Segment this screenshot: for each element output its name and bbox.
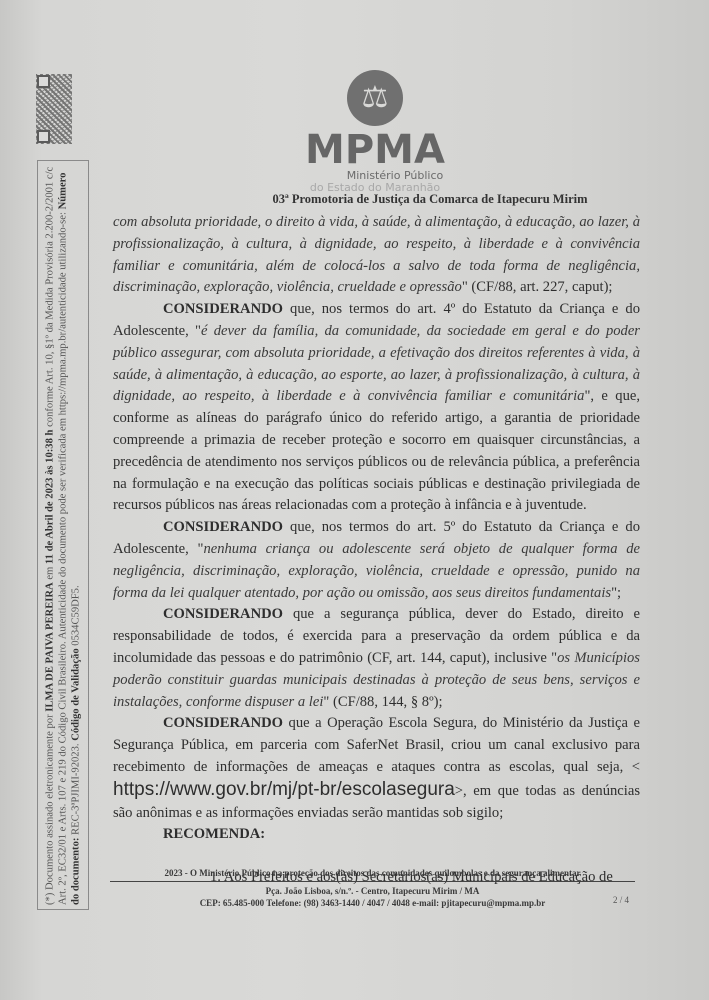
signature-box: (*) Documento assinado eletronicamente p… <box>37 160 89 910</box>
text: ", e que, conforme as alíneas do parágra… <box>113 388 640 513</box>
office-title: 03ª Promotoria de Justiça da Comarca de … <box>200 192 660 207</box>
signature-note: (*) Documento assinado eletronicamente p… <box>44 165 83 905</box>
document-body: com absoluta prioridade, o direito à vid… <box>113 212 640 889</box>
footer-contact: CEP: 65.485-000 Telefone: (98) 3463-1440… <box>110 897 635 909</box>
paragraph-1: com absoluta prioridade, o direito à vid… <box>113 212 640 299</box>
paragraph-3: CONSIDERANDO que, nos termos do art. 5º … <box>113 517 640 604</box>
considerando-label: CONSIDERANDO <box>163 715 283 731</box>
validation-label: Código de Validação <box>71 648 82 740</box>
validation-code: 0534C59DF5. <box>71 585 82 648</box>
footer-divider <box>110 881 635 882</box>
signature-mid: em <box>45 564 56 582</box>
recomenda-heading: RECOMENDA: <box>113 824 640 846</box>
footer-address: Pça. João Lisboa, s/n.º. - Centro, Itape… <box>110 885 635 897</box>
escola-segura-link[interactable]: https://www.gov.br/mj/pt-br/escolasegura <box>113 779 455 800</box>
considerando-label: CONSIDERANDO <box>163 519 283 535</box>
paragraph-4: CONSIDERANDO que a segurança pública, de… <box>113 604 640 713</box>
considerando-label: CONSIDERANDO <box>163 301 283 317</box>
signer-name: ILMA DE PAIVA PEREIRA <box>45 582 56 711</box>
mpma-logo: ⚖ MPMA Ministério Público do Estado do M… <box>305 70 445 194</box>
authenticity-note: Autenticidade do documento pode ser veri… <box>58 209 69 641</box>
scales-of-justice-icon: ⚖ <box>347 70 403 126</box>
page-number: 2 / 4 <box>613 895 629 905</box>
qr-code-icon <box>36 74 72 144</box>
doc-number: REC-3ªPJIMI-92023. <box>71 741 82 838</box>
document-page: (*) Documento assinado eletronicamente p… <box>0 0 709 1000</box>
considerando-label: CONSIDERANDO <box>163 606 283 622</box>
text: " (CF/88, 144, § 8º); <box>323 694 442 710</box>
footer-motto: 2023 - O Ministério Público na proteção … <box>110 868 635 878</box>
signature-prefix: (*) Documento assinado eletronicamente p… <box>45 712 56 905</box>
signature-date: 11 de Abril de 2023 às 10:38 h <box>45 430 56 565</box>
paragraph-2: CONSIDERANDO que, nos termos do art. 4º … <box>113 299 640 517</box>
page-footer: 2023 - O Ministério Público na proteção … <box>110 868 635 909</box>
logo-wordmark: MPMA <box>305 130 445 170</box>
citation: " (CF/88, art. 227, caput); <box>462 279 613 295</box>
text: "; <box>611 585 621 601</box>
paragraph-5: CONSIDERANDO que a Operação Escola Segur… <box>113 713 640 824</box>
